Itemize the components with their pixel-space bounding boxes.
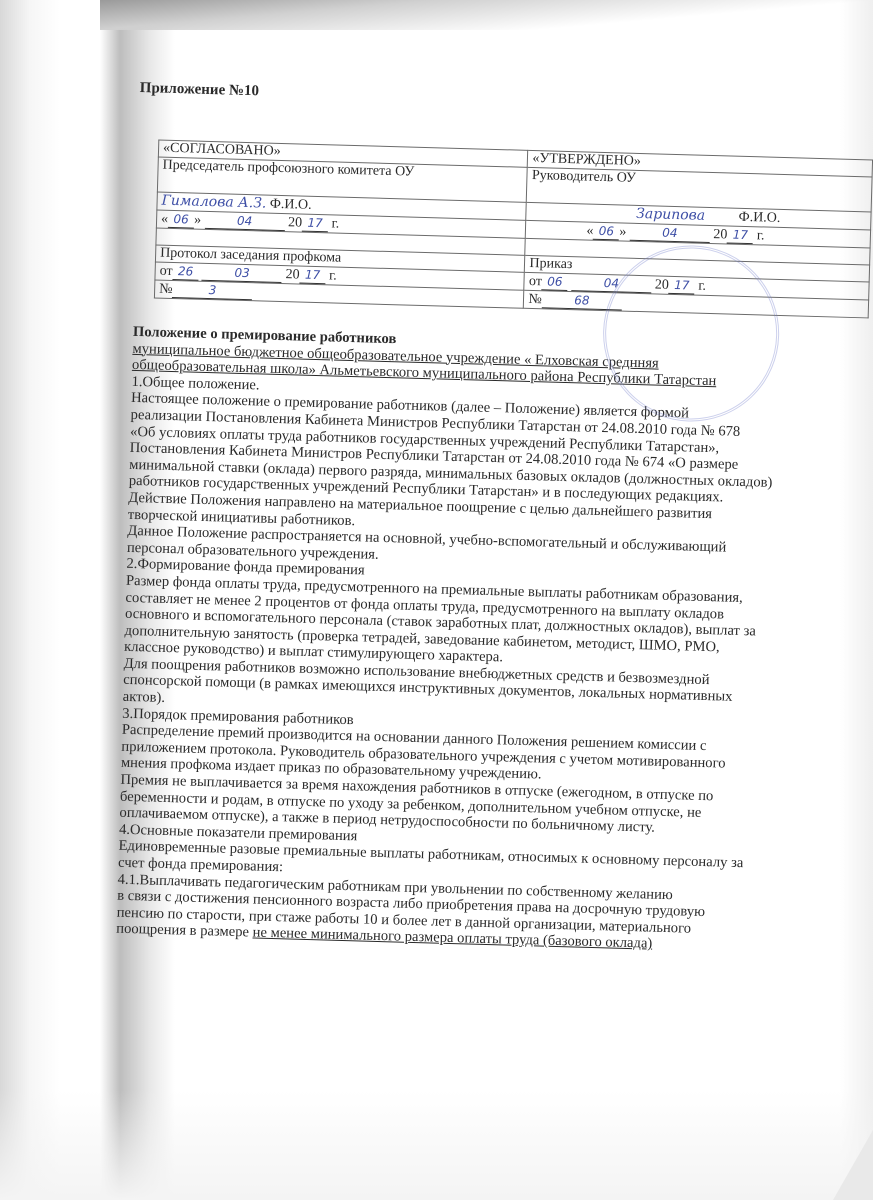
year-suffix: г. — [698, 279, 706, 294]
number-sign: № — [528, 292, 542, 307]
document-body: Положение о премирование работников муни… — [116, 324, 833, 957]
number-value: 68 — [542, 291, 622, 310]
last-line-prefix: поощрения в размере — [116, 921, 249, 941]
date-month: 04 — [630, 224, 710, 243]
date-year: 17 — [727, 226, 753, 244]
year-prefix: 20 — [285, 267, 299, 282]
page-corner-fold — [833, 1130, 873, 1200]
body-lines: 1.Общее положение.Настоящее положение о … — [117, 374, 832, 941]
from-prefix: от — [529, 274, 542, 289]
signature-name: Зарипова — [636, 206, 705, 224]
quote-close: » — [619, 224, 626, 239]
year-suffix: г. — [757, 228, 765, 243]
signature-name: Гималова А.З. — [161, 193, 266, 212]
year-suffix: г. — [329, 268, 337, 283]
date-day: 06 — [593, 223, 619, 241]
approval-table: «СОГЛАСОВАНО» «УТВЕРЖДЕНО» Председатель … — [154, 140, 873, 319]
date-day: 06 — [542, 273, 568, 291]
from-prefix: от — [159, 264, 172, 279]
fio-label: Ф.И.О. — [270, 197, 312, 213]
quote-close: » — [194, 213, 201, 228]
page-edge-shadow — [100, 0, 873, 30]
appendix-label: Приложение №10 — [140, 80, 860, 117]
date-month: 03 — [202, 264, 282, 283]
year-suffix: г. — [331, 216, 339, 231]
year-prefix: 20 — [655, 277, 669, 292]
date-day: 06 — [168, 211, 194, 229]
date-year: 17 — [669, 277, 695, 295]
year-prefix: 20 — [288, 215, 302, 230]
date-day: 26 — [172, 263, 198, 281]
date-year: 17 — [299, 267, 325, 285]
date-year: 17 — [302, 215, 328, 233]
fio-label: Ф.И.О. — [738, 210, 780, 226]
date-month: 04 — [204, 212, 284, 231]
number-sign: № — [159, 282, 173, 297]
year-prefix: 20 — [713, 227, 727, 242]
scanned-page: Приложение №10 «СОГЛАСОВАНО» «УТВЕРЖДЕНО… — [0, 0, 873, 1200]
number-value: 3 — [172, 281, 252, 300]
date-month: 04 — [571, 274, 651, 293]
document-content: Приложение №10 «СОГЛАСОВАНО» «УТВЕРЖДЕНО… — [116, 80, 860, 958]
page-bottom-shade — [0, 1090, 873, 1200]
